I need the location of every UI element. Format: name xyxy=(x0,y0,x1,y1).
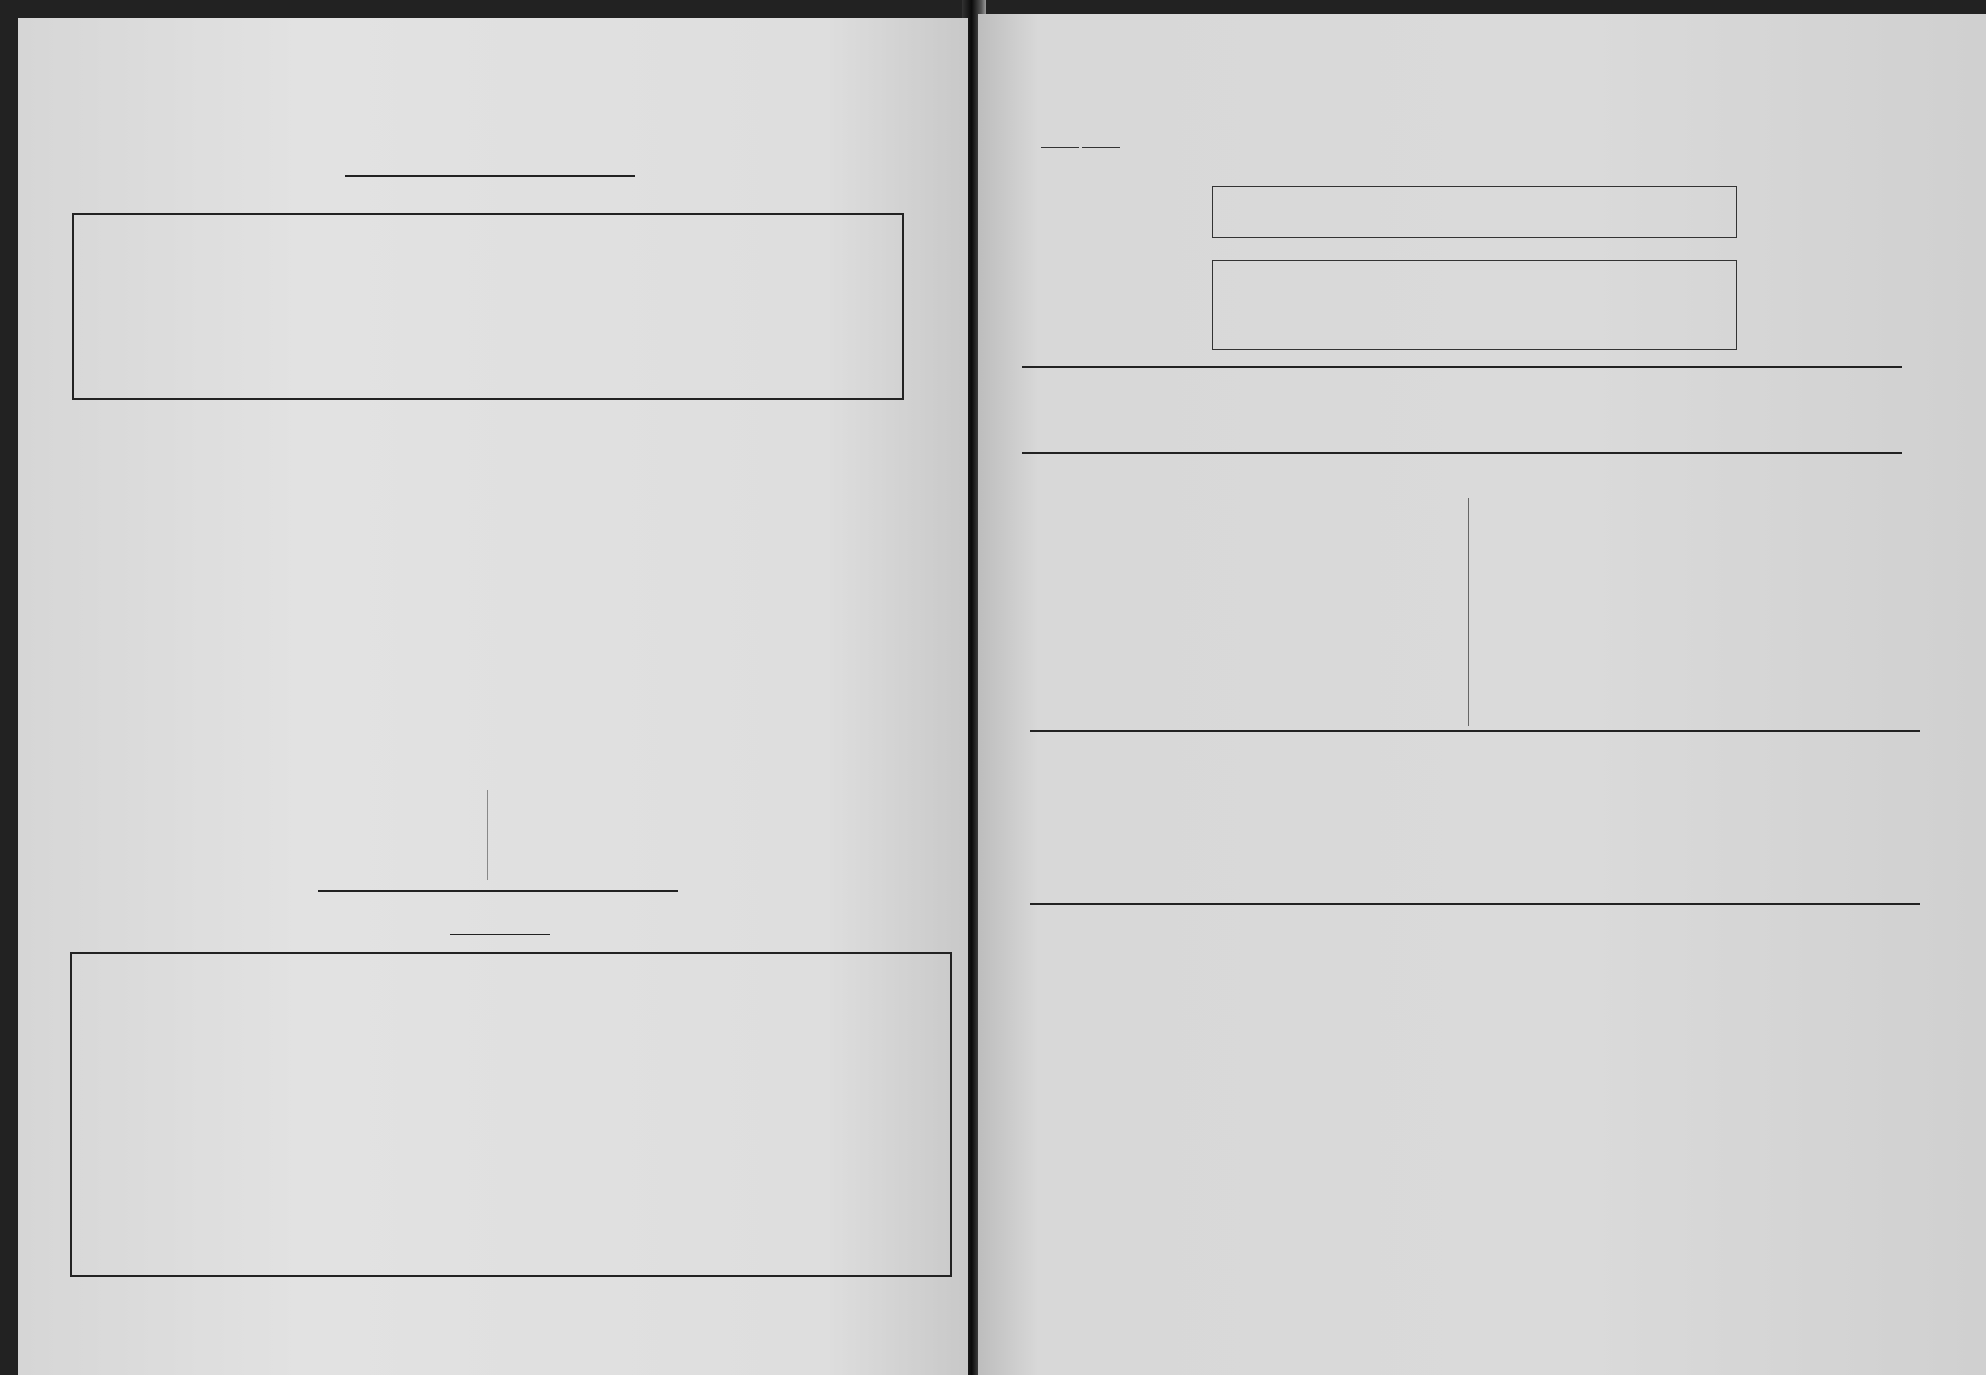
disc-inches-value xyxy=(1082,147,1120,148)
divider xyxy=(318,890,678,892)
provisions-table xyxy=(72,213,904,400)
divider xyxy=(1030,730,1920,732)
divider xyxy=(1022,452,1902,454)
divider xyxy=(345,175,635,177)
conditions-section xyxy=(92,415,902,418)
disc-feet-value xyxy=(1041,147,1079,148)
sailing-ship-box xyxy=(1212,186,1737,238)
divider xyxy=(1030,903,1920,905)
divider xyxy=(1468,498,1469,726)
divider xyxy=(487,790,488,880)
divider xyxy=(1022,366,1902,368)
document-spread xyxy=(0,0,1986,1375)
disc-position-line xyxy=(1041,140,1162,151)
divider xyxy=(450,934,550,935)
steam-ship-box xyxy=(1212,260,1737,350)
bill-of-fare-table xyxy=(70,952,952,1277)
substitutes-section xyxy=(72,770,912,773)
